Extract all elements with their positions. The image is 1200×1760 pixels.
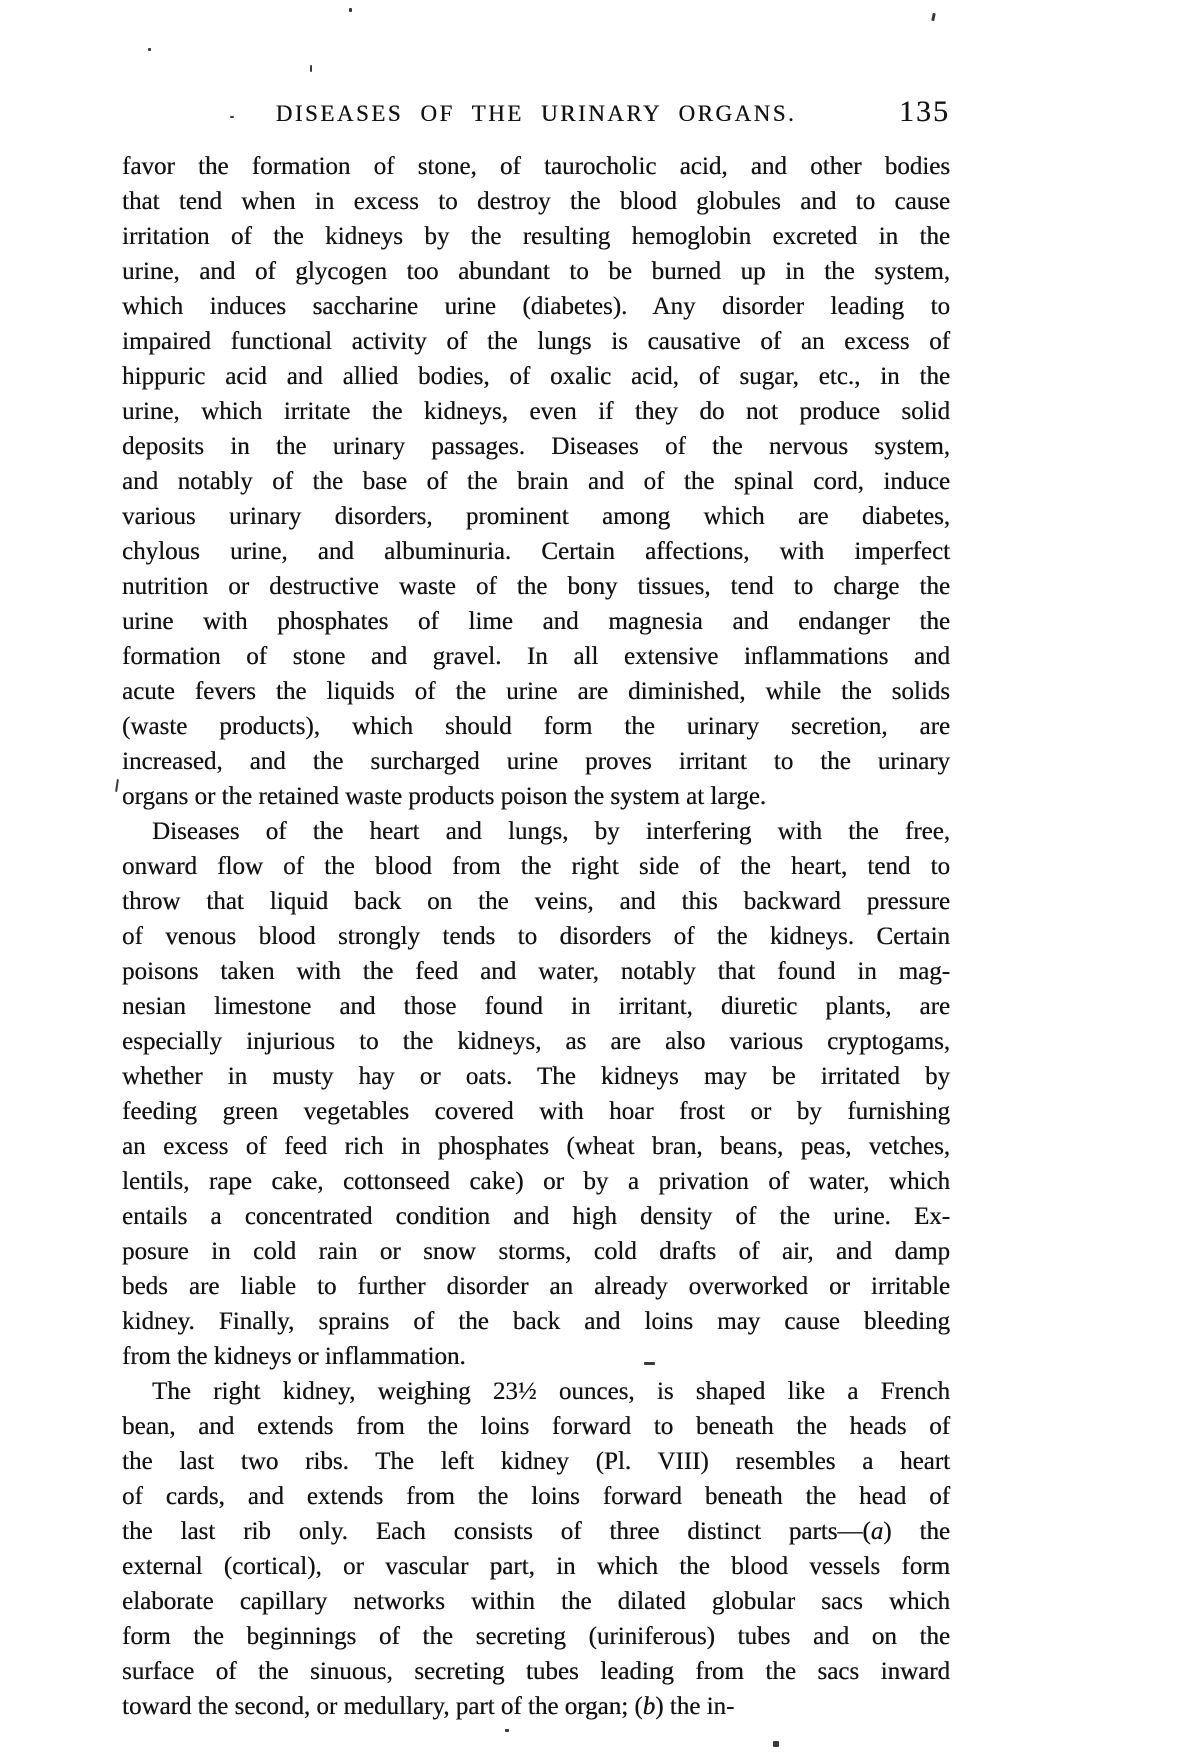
text-line: various urinary disorders, prominent amo… bbox=[122, 499, 950, 534]
text-line: external (cortical), or vascular part, i… bbox=[122, 1549, 950, 1584]
text-line: that tend when in excess to destroy the … bbox=[122, 184, 950, 219]
text-line: favor the formation of stone, of tauroch… bbox=[122, 149, 950, 184]
text-line: an excess of feed rich in phosphates (wh… bbox=[122, 1129, 950, 1164]
text-line: (waste products), which should form the … bbox=[122, 709, 950, 744]
text-line: the last rib only. Each consists of thre… bbox=[122, 1514, 950, 1549]
text-line: which induces saccharine urine (diabetes… bbox=[122, 289, 950, 324]
text-line: deposits in the urinary passages. Diseas… bbox=[122, 429, 950, 464]
scan-speck bbox=[931, 13, 936, 21]
text-line: formation of stone and gravel. In all ex… bbox=[122, 639, 950, 674]
text-line: acute fevers the liquids of the urine ar… bbox=[122, 674, 950, 709]
paragraph-2: Diseases of the heart and lungs, by inte… bbox=[122, 814, 950, 1374]
text-line: irritation of the kidneys by the resulti… bbox=[122, 219, 950, 254]
text-line: urine, and of glycogen too abundant to b… bbox=[122, 254, 950, 289]
text-line: especially injurious to the kidneys, as … bbox=[122, 1024, 950, 1059]
text-line: hippuric acid and allied bodies, of oxal… bbox=[122, 359, 950, 394]
text-line: urine with phosphates of lime and magnes… bbox=[122, 604, 950, 639]
text-line: the last two ribs. The left kidney (Pl. … bbox=[122, 1444, 950, 1479]
scan-speck bbox=[115, 779, 119, 792]
text-line: beds are liable to further disorder an a… bbox=[122, 1269, 950, 1304]
scan-speck bbox=[644, 1362, 655, 1365]
text-line: feeding green vegetables covered with ho… bbox=[122, 1094, 950, 1129]
text-line: poisons taken with the feed and water, n… bbox=[122, 954, 950, 989]
text-line: onward flow of the blood from the right … bbox=[122, 849, 950, 884]
text-line: surface of the sinuous, secreting tubes … bbox=[122, 1654, 950, 1689]
text-line: chylous urine, and albuminuria. Certain … bbox=[122, 534, 950, 569]
text-line: The right kidney, weighing 23½ ounces, i… bbox=[122, 1374, 950, 1409]
scan-speck bbox=[773, 1741, 779, 1747]
text-line: impaired functional activity of the lung… bbox=[122, 324, 950, 359]
text-line: kidney. Finally, sprains of the back and… bbox=[122, 1304, 950, 1339]
text-line: from the kidneys or inflammation. bbox=[122, 1339, 950, 1374]
text-line: throw that liquid back on the veins, and… bbox=[122, 884, 950, 919]
text-line: organs or the retained waste products po… bbox=[122, 779, 950, 814]
text-line: urine, which irritate the kidneys, even … bbox=[122, 394, 950, 429]
paragraph-3: The right kidney, weighing 23½ ounces, i… bbox=[122, 1374, 950, 1724]
text-line: lentils, rape cake, cottonseed cake) or … bbox=[122, 1164, 950, 1199]
paragraph-1: favor the formation of stone, of tauroch… bbox=[122, 149, 950, 814]
text-line: elaborate capillary networks within the … bbox=[122, 1584, 950, 1619]
scan-speck bbox=[349, 8, 352, 12]
text-line: posure in cold rain or snow storms, cold… bbox=[122, 1234, 950, 1269]
scan-speck bbox=[505, 1729, 509, 1732]
text-line: nutrition or destructive waste of the bo… bbox=[122, 569, 950, 604]
scan-speck bbox=[148, 48, 151, 51]
page-heading: DISEASES OF THE URINARY ORGANS. bbox=[276, 101, 797, 126]
text-line: Diseases of the heart and lungs, by inte… bbox=[122, 814, 950, 849]
text-line: whether in musty hay or oats. The kidney… bbox=[122, 1059, 950, 1094]
text-line: of cards, and extends from the loins for… bbox=[122, 1479, 950, 1514]
text-line: and notably of the base of the brain and… bbox=[122, 464, 950, 499]
scan-speck bbox=[230, 116, 234, 118]
text-line: toward the second, or medullary, part of… bbox=[122, 1689, 950, 1724]
page-number: 135 bbox=[899, 95, 950, 129]
text-line: nesian limestone and those found in irri… bbox=[122, 989, 950, 1024]
running-header: DISEASES OF THE URINARY ORGANS. 135 bbox=[122, 101, 950, 127]
text-line: bean, and extends from the loins forward… bbox=[122, 1409, 950, 1444]
page-body-text: favor the formation of stone, of tauroch… bbox=[122, 149, 950, 1724]
text-line: of venous blood strongly tends to disord… bbox=[122, 919, 950, 954]
text-line: form the beginnings of the secreting (ur… bbox=[122, 1619, 950, 1654]
text-line: entails a concentrated condition and hig… bbox=[122, 1199, 950, 1234]
scan-speck bbox=[310, 65, 312, 72]
scanned-book-page: DISEASES OF THE URINARY ORGANS. 135 favo… bbox=[0, 0, 1200, 1760]
text-line: increased, and the surcharged urine prov… bbox=[122, 744, 950, 779]
